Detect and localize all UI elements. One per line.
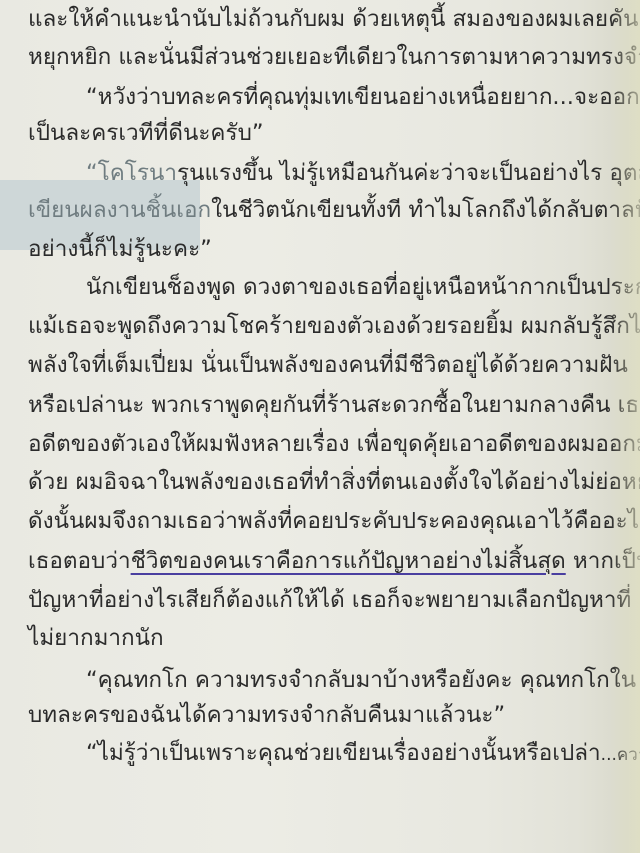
text-line-20: “ไม่รู้ว่าเป็นเพราะคุณช่วยเขียนเรื่องอย่… — [86, 738, 640, 770]
text-line-18: “คุณทกโก ความทรงจำกลับมาบ้างหรือยังคะ คุ… — [86, 665, 636, 695]
text-line-2: หยุกหยิก และนั่นมีส่วนช่วยเยอะทีเดียวในก… — [28, 42, 640, 72]
text-segment: ในชีวิตนักเขียนทั้งที ทำไมโลกถึงได้กลับต… — [211, 197, 640, 223]
text-line-7: อย่างนี้ก็ไม่รู้นะคะ” — [28, 234, 212, 264]
text-line-13: ด้วย ผมอิจฉาในพลังของเธอที่ทำสิ่งที่ตนเอ… — [28, 467, 640, 497]
text-segment: รุนแรงขึ้น ไม่รู้เหมือนกันค่ะว่าจะเป็นอย… — [177, 160, 640, 186]
text-line-15: เธอตอบว่าชีวิตของคนเราคือการแก้ปัญหาอย่า… — [28, 546, 640, 576]
text-line-16: ปัญหาที่อย่างไรเสียก็ต้องแก้ให้ได้ เธอก็… — [28, 585, 631, 615]
highlighted-text: เขียนผลงานชิ้นเอก — [28, 197, 211, 223]
text-line-14: ดังนั้นผมจึงถามเธอว่าพลังที่คอยประคับประ… — [28, 506, 640, 536]
text-line-10: พลังใจที่เต็มเปี่ยม นั่นเป็นพลังของคนที่… — [28, 350, 628, 380]
text-line-9: แม้เธอจะพูดถึงความโชคร้ายของตัวเองด้วยรอ… — [28, 311, 640, 341]
text-line-12: อดีตของตัวเองให้ผมฟังหลายเรื่อง เพื่อขุด… — [28, 429, 640, 459]
text-line-1: และให้คำแนะนำนับไม่ถ้วนกับผม ด้วยเหตุนี้… — [28, 4, 639, 34]
underlined-text: ชีวิตของคนเราคือการแก้ปัญหาอย่างไม่สิ้นส… — [131, 548, 566, 574]
text-segment: เธอตอบว่า — [28, 548, 131, 574]
text-line-5: “โคโรนารุนแรงขึ้น ไม่รู้เหมือนกันค่ะว่าจ… — [86, 158, 640, 188]
text-line-8: นักเขียนช็องพูด ดวงตาของเธอที่อยู่เหนือห… — [86, 272, 640, 302]
text-line-19: บทละครของฉันได้ความทรงจำกลับคืนมาแล้วนะ” — [28, 700, 505, 730]
text-line-4: เป็นละครเวทีที่ดีนะครับ” — [28, 118, 264, 148]
highlighted-text: “โคโรนา — [86, 160, 177, 186]
text-segment: “ไม่รู้ว่าเป็นเพราะคุณช่วยเขียนเรื่องอย่… — [86, 740, 601, 766]
text-line-6: เขียนผลงานชิ้นเอกในชีวิตนักเขียนทั้งที ท… — [28, 195, 640, 225]
text-segment: ...ความ — [601, 745, 640, 765]
text-line-3: “หวังว่าบทละครที่คุณทุ่มเทเขียนอย่างเหนื… — [86, 82, 640, 112]
book-page: และให้คำแนะนำนับไม่ถ้วนกับผม ด้วยเหตุนี้… — [0, 0, 640, 853]
text-line-11: หรือเปล่านะ พวกเราพูดคุยกันที่ร้านสะดวกซ… — [28, 390, 640, 420]
text-segment: หากเป็น — [566, 548, 640, 574]
text-line-17: ไม่ยากมากนัก — [28, 623, 164, 653]
